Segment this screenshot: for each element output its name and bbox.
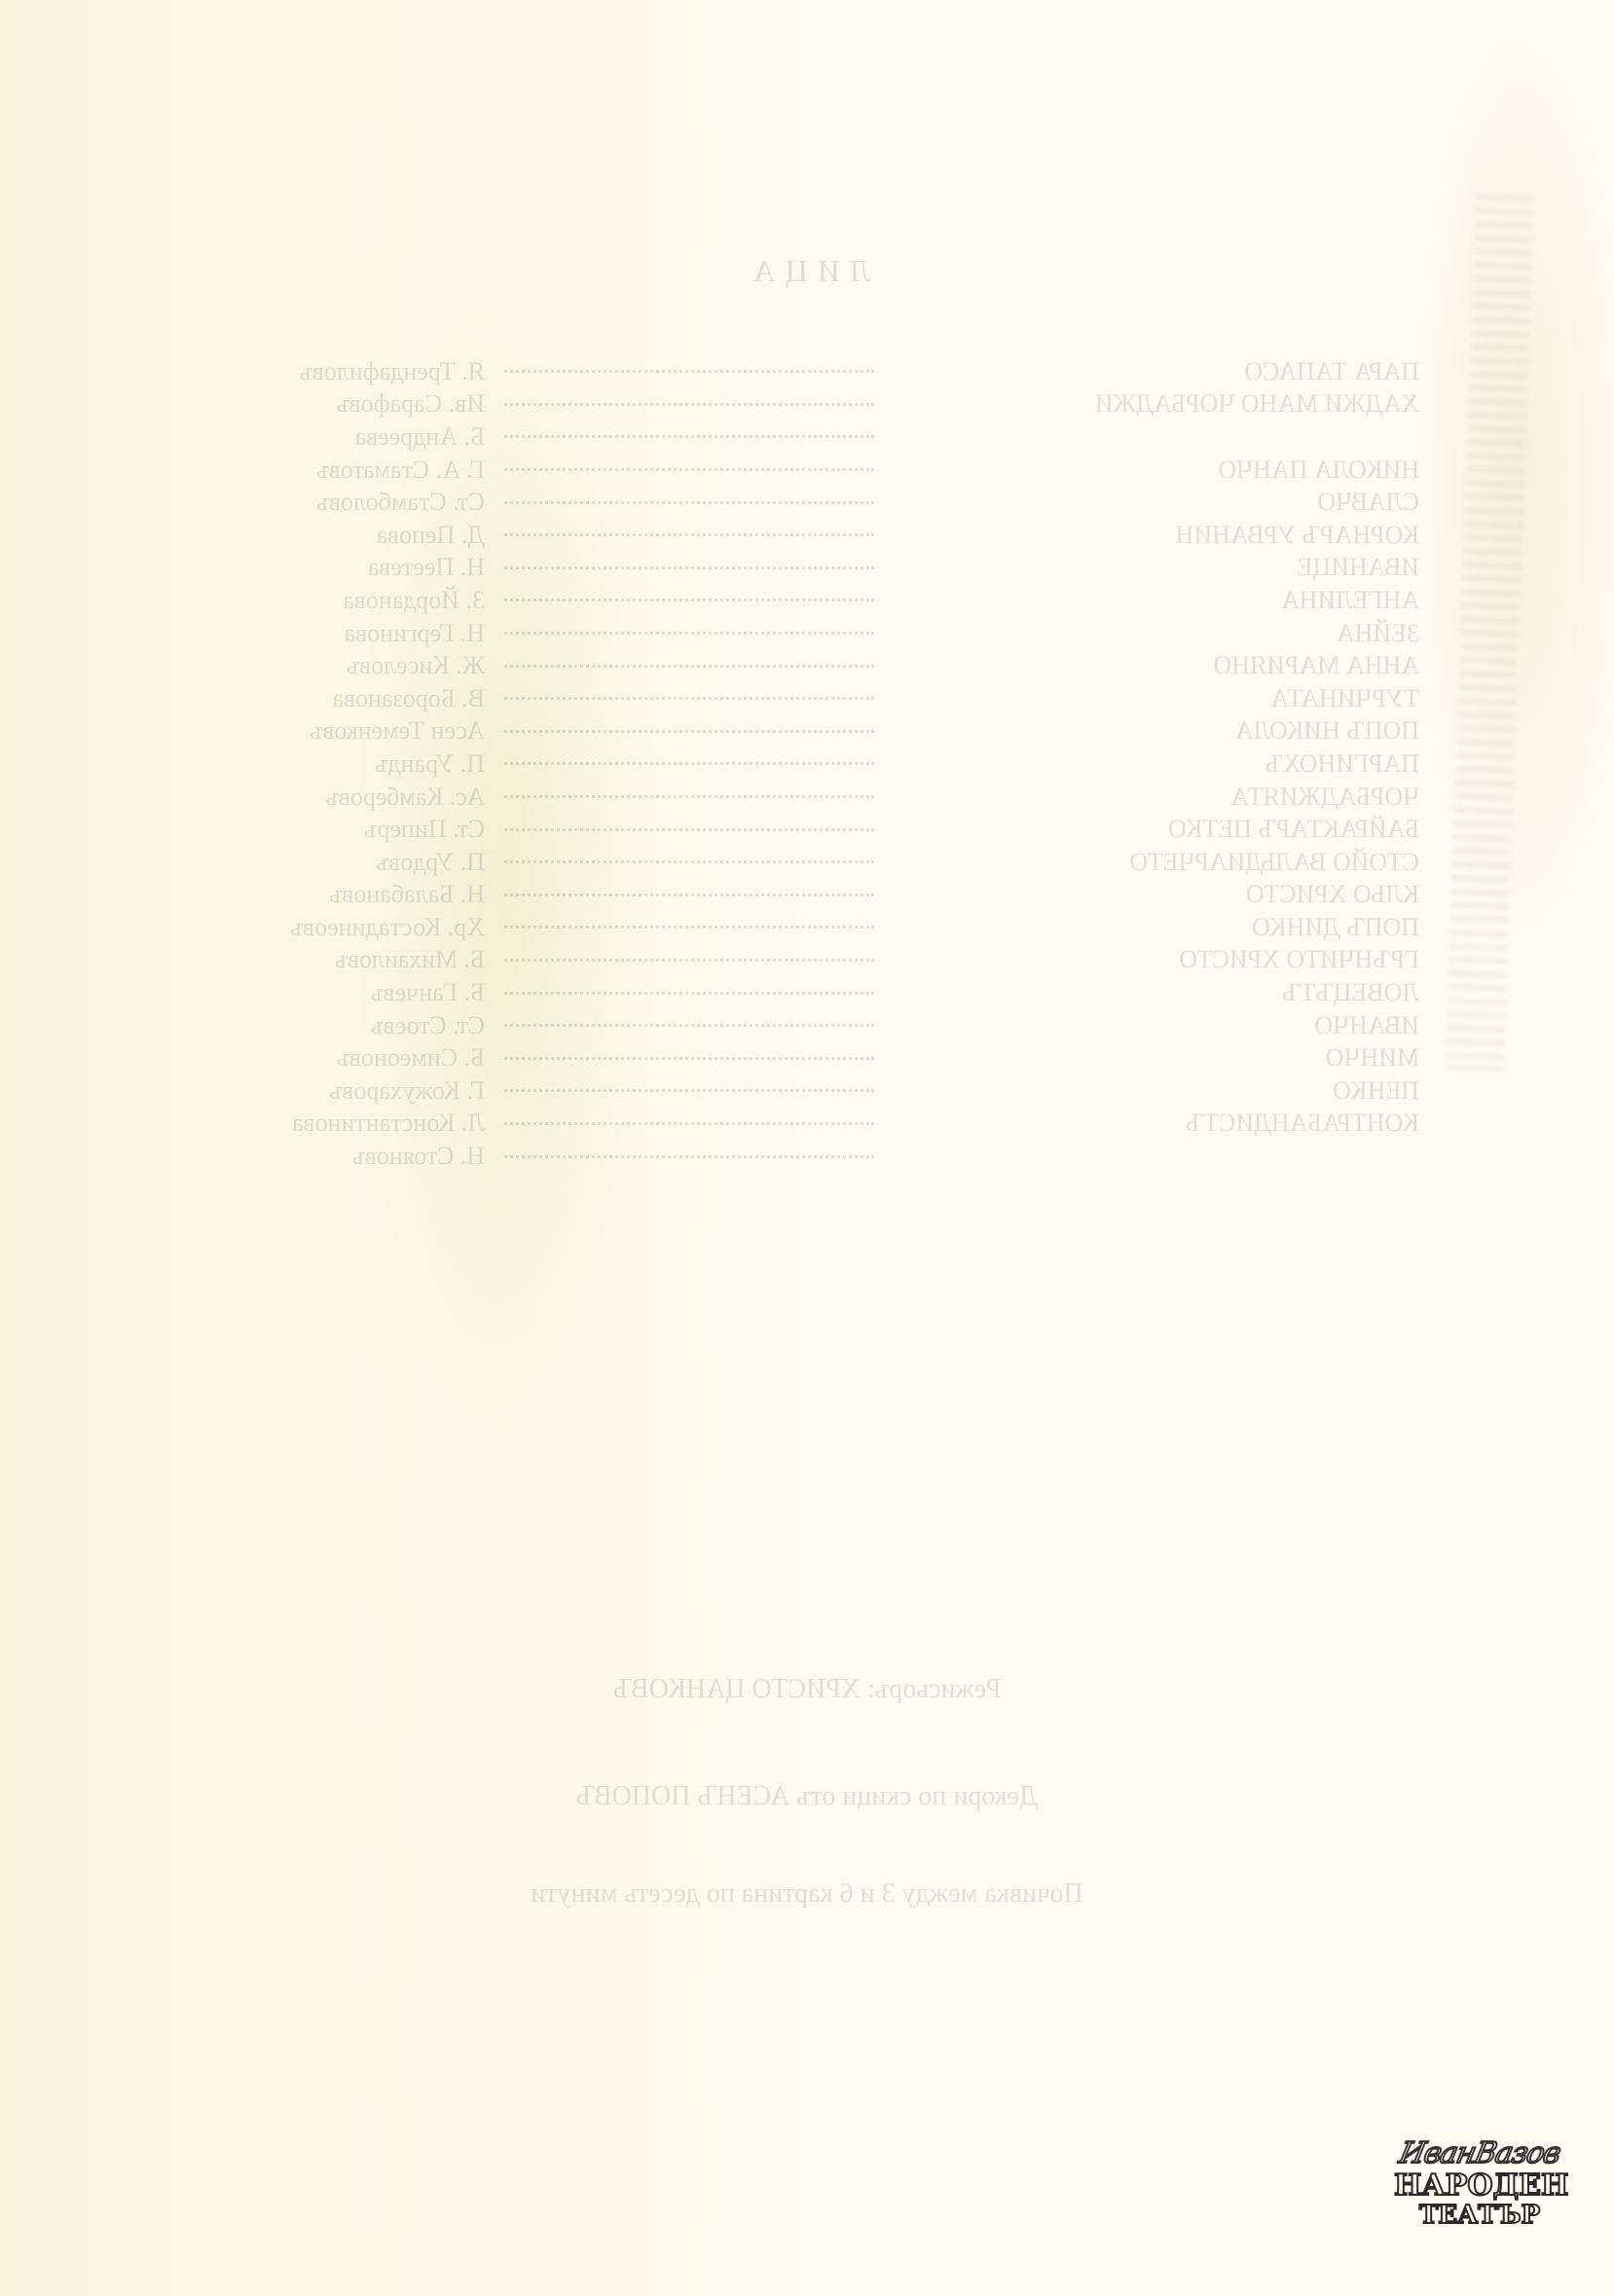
role-name: Ловецътъ [894,978,1419,1007]
actor-name: Ас. Камберовъ [154,783,485,812]
role-name: Иванице [894,553,1419,582]
actor-name: Н. Стояновъ [154,1142,485,1171]
role-name: Кльо Христо [894,880,1419,909]
actor-name: П. Урдовъ [154,848,485,877]
actor-name: Ив. Сарафовъ [154,389,485,419]
role-name: Минчо [894,1043,1419,1073]
leader-dots [504,632,874,635]
role-name: Грънчито Христо [894,945,1419,974]
role-name: Турчината [894,684,1419,713]
cast-row: Пара ТапасоЯ. Трендафиловъ [154,355,1419,388]
leader-dots [504,435,874,438]
cast-row: Корнаръ УрванинД. Пепова [154,519,1419,552]
actor-name: Ст. Пиперъ [154,815,485,844]
leader-dots [504,1057,874,1060]
actor-name: Л. Константинова [154,1109,485,1138]
actor-name: В. Борозанова [154,684,485,713]
cast-row: Байрактаръ ПеткоСт. Пиперъ [154,813,1419,846]
director-credit: Режисьоръ: ХРИСТО ЦАНКОВЪ [0,1674,1614,1705]
actor-name: Г. Кожухаровъ [154,1076,485,1106]
actor-name: Ст. Стоевъ [154,1011,485,1040]
leader-dots [504,697,874,700]
national-theatre-logo: ИванВазов НАРОДЕН ТЕАТЪР [1394,2137,1565,2244]
role-name: Паргинохъ [894,749,1419,779]
cast-row: ЧорбаджиятаАс. Камберовъ [154,781,1419,814]
cast-row: Н. Стояновъ [154,1140,1419,1173]
role-name: Попъ Динко [894,913,1419,942]
role-name: Попъ Никола [894,716,1419,746]
cast-row: КонтрабандистъЛ. Константинова [154,1108,1419,1141]
role-name: Анна Марияно [894,651,1419,680]
actor-name: Б. Ганчевъ [154,978,485,1007]
leader-dots [504,533,874,536]
role-name: Пенко [894,1076,1419,1106]
actor-name: Я. Трендафиловъ [154,357,485,386]
cast-row: Грънчито ХристоБ. Михаиловъ [154,944,1419,977]
leader-dots [504,992,874,995]
cast-list: Пара ТапасоЯ. ТрендафиловъХаджи Мано Чор… [154,355,1419,1173]
role-name: Чорбаджията [894,783,1419,812]
actor-name: Ж. Киселовъ [154,651,485,680]
actor-name: П. Урандъ [154,749,485,779]
role-name: Контрабандистъ [894,1109,1419,1138]
bleed-through-text: ЛИЦА Пара ТапасоЯ. ТрендафиловъХаджи Ман… [0,0,1614,2296]
decor-credit: Декори по скици отъ АСЕНЪ ПОПОВЪ [0,1781,1614,1812]
leader-dots [504,860,874,863]
actor-name: Н. Пеетева [154,553,485,582]
role-name: Иванчо [894,1011,1419,1040]
leader-dots [504,926,874,929]
cast-row: ПенкоГ. Кожухаровъ [154,1075,1419,1108]
cast-row: ТурчинатаВ. Борозанова [154,682,1419,715]
cast-row: Никола ПанчоГ. А. Стаматовъ [154,454,1419,487]
cast-heading: ЛИЦА [0,253,1614,289]
leader-dots [504,828,874,831]
cast-row: ИванчоСт. Стоевъ [154,1009,1419,1042]
cast-row: СлавчоСт. Стамболовъ [154,486,1419,519]
leader-dots [504,468,874,471]
leader-dots [504,1024,874,1027]
leader-dots [504,599,874,601]
leader-dots [504,665,874,668]
intermission-note: Почивка между 3 и 6 картина по десеть ми… [0,1878,1614,1910]
actor-name: Б. Андреева [154,422,485,452]
cast-row: ЛовецътъБ. Ганчевъ [154,976,1419,1009]
actor-name: Г. А. Стаматовъ [154,456,485,485]
cast-row: Б. Андреева [154,420,1419,454]
leader-dots [504,566,874,569]
cast-row: Анна МарияноЖ. Киселовъ [154,649,1419,682]
cast-row: МинчоБ. Симеоновъ [154,1041,1419,1075]
leader-dots [504,1089,874,1092]
role-name: Хаджи Мано Чорбаджи [894,389,1419,419]
cast-row: АнгелинаЗ. Йорданова [154,584,1419,617]
leader-dots [504,762,874,765]
actor-name: Б. Симеоновъ [154,1043,485,1073]
cast-row: Попъ ДинкоХр. Костадинеовъ [154,911,1419,944]
leader-dots [504,959,874,962]
cast-row: Хаджи Мано ЧорбаджиИв. Сарафовъ [154,388,1419,421]
role-name: Ангелина [894,586,1419,615]
cast-row: Попъ НиколаАсен Теменковъ [154,715,1419,748]
actor-name: З. Йорданова [154,586,485,615]
role-name: Славчо [894,488,1419,517]
role-name: Байрактаръ Петко [894,815,1419,844]
cast-row: ПаргинохъП. Урандъ [154,747,1419,781]
leader-dots [504,370,874,373]
cast-row: ИваницеН. Пеетева [154,552,1419,585]
actor-name: Д. Пепова [154,521,485,550]
actor-name: Н. Гергинова [154,619,485,648]
leader-dots [504,1155,874,1158]
actor-name: Асен Теменковъ [154,716,485,746]
role-name: Зейна [894,619,1419,648]
cast-row: Кльо ХристоН. Балабановъ [154,879,1419,912]
logo-script-signature: ИванВазов [1390,2137,1568,2170]
role-name: Стойо Вальдиарчето [894,848,1419,877]
role-name: Никола Панчо [894,456,1419,485]
leader-dots [504,730,874,733]
leader-dots [504,893,874,896]
role-name: Пара Тапасо [894,357,1419,386]
logo-line-1: НАРОДЕН [1394,2170,1565,2202]
leader-dots [504,403,874,406]
actor-name: Ст. Стамболовъ [154,488,485,517]
actor-name: Б. Михаиловъ [154,945,485,974]
logo-line-2: ТЕАТЪР [1394,2202,1565,2229]
actor-name: Хр. Костадинеовъ [154,913,485,942]
actor-name: Н. Балабановъ [154,880,485,909]
cast-row: Стойо ВальдиарчетоП. Урдовъ [154,846,1419,879]
cast-row: ЗейнаН. Гергинова [154,617,1419,650]
leader-dots [504,501,874,504]
role-name: Корнаръ Урванин [894,521,1419,550]
leader-dots [504,1122,874,1125]
leader-dots [504,795,874,798]
